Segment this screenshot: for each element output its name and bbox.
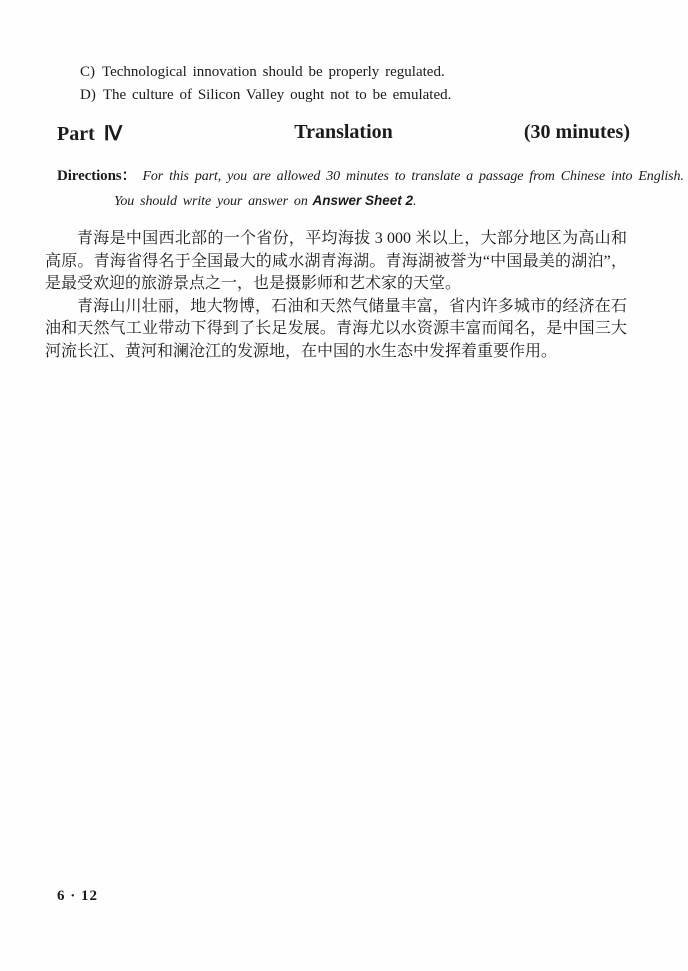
exam-paper-page: C)Technological innovation should be pro… xyxy=(0,0,688,971)
option-c-text: Technological innovation should be prope… xyxy=(102,64,445,80)
page-number: 6 · 12 xyxy=(57,888,98,905)
option-d-label: D) xyxy=(80,87,96,103)
answer-options: C)Technological innovation should be pro… xyxy=(80,61,451,107)
option-c: C)Technological innovation should be pro… xyxy=(80,61,451,84)
answer-sheet-emphasis: Answer Sheet 2 xyxy=(312,193,413,208)
translation-passage: 青海是中国西北部的一个省份，平均海拔 3 000 米以上，大部分地区为高山和高原… xyxy=(45,228,627,363)
directions-text-2: You should write your answer on xyxy=(114,194,308,209)
part-heading: Part Ⅳ Translation (30 minutes) xyxy=(57,121,630,147)
directions-line-2: You should write your answer onAnswer Sh… xyxy=(57,189,657,214)
part-label: Part Ⅳ xyxy=(57,121,122,146)
directions-block: Directions：For this part, you are allowe… xyxy=(57,165,657,213)
directions-label: Directions： xyxy=(57,168,136,184)
passage-paragraph-1: 青海是中国西北部的一个省份，平均海拔 3 000 米以上，大部分地区为高山和高原… xyxy=(45,228,627,296)
option-c-label: C) xyxy=(80,64,95,80)
passage-paragraph-2: 青海山川壮丽，地大物博，石油和天然气储量丰富，省内许多城市的经济在石油和天然气工… xyxy=(45,296,627,364)
duration-label: (30 minutes) xyxy=(524,121,630,144)
option-d: D)The culture of Silicon Valley ought no… xyxy=(80,84,451,107)
option-d-text: The culture of Silicon Valley ought not … xyxy=(103,87,452,103)
directions-line-1: Directions：For this part, you are allowe… xyxy=(57,165,657,189)
directions-text-1: For this part, you are allowed 30 minute… xyxy=(142,169,683,184)
directions-text-2-period: . xyxy=(413,194,416,209)
